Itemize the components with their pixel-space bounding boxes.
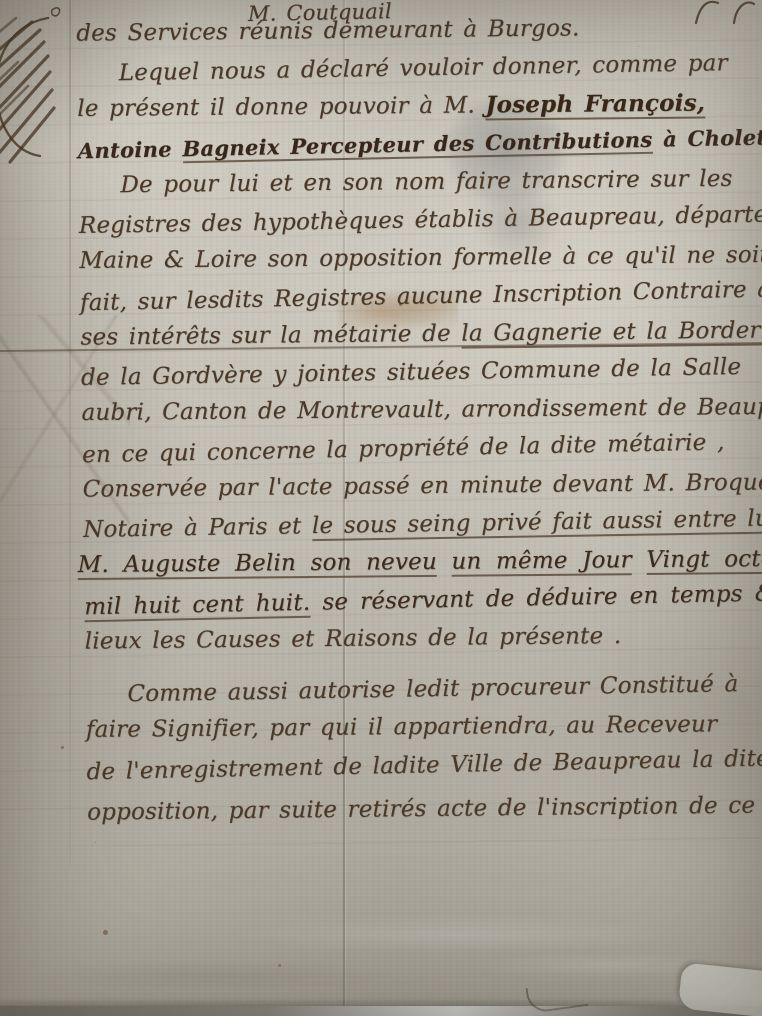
manuscript-phrase: de la Gordvère y jointes situées Commune… [81, 354, 742, 391]
manuscript-phrase: des Services réunis demeurant à Burgos. [76, 15, 580, 46]
manuscript-phrase: en ce qui concerne la propriété de la di… [82, 429, 725, 468]
manuscript-phrase [437, 549, 452, 575]
manuscript-phrase [632, 547, 647, 573]
manuscript-phrase: Conservée par l'acte passé en minute dev… [82, 469, 762, 502]
ink-flourish [0, 4, 66, 172]
manuscript-phrase: Maine & Loire son opposition formelle à … [79, 242, 762, 274]
manuscript-phrase: mil huit cent huit. [84, 590, 311, 623]
manuscript-phrase: Registres des hypothèques établis à Beau… [79, 200, 762, 239]
manuscript-phrase: se réservant de déduire en temps & [310, 580, 762, 615]
manuscript-phrase: le sous seing privé fait aussi entre lui… [312, 505, 762, 541]
manuscript-phrase: M. Auguste Belin son neveu [78, 549, 437, 580]
manuscript-phrase: lieux les Causes et Raisons de la présen… [85, 623, 622, 655]
manuscript-phrase: Lequel nous a déclaré vouloir donner, co… [119, 50, 728, 86]
manuscript-phrase: opposition, par suite retirés acte de l'… [87, 793, 755, 826]
margin-line [69, 0, 71, 866]
manuscript-phrase: la Gagnerie et la Borderie [461, 317, 762, 348]
manuscript-phrase: fait, sur lesdits Registres aucune Inscr… [80, 276, 762, 316]
manuscript-phrase: Notaire à Paris et [83, 513, 312, 543]
table-edge-strip [0, 1006, 762, 1016]
manuscript-phrase: un même Jour [451, 547, 632, 577]
corner-damage [678, 962, 762, 1016]
manuscript-phrase: à Cholet [652, 124, 762, 151]
manuscript-phrase: le présent il donne pouvoir à M. [77, 92, 485, 122]
manuscript-phrase: Bagneix Percepteur des Contributions [182, 127, 653, 163]
manuscript-text: M. Coutquaildes Services réunis demeuran… [76, 5, 762, 833]
manuscript-phrase: Vingt octobre [646, 546, 762, 575]
manuscript-phrase: de l'enregistrement de ladite Ville de B… [86, 746, 762, 786]
manuscript-phrase: Joseph François, [485, 90, 705, 121]
manuscript-photo: M. Coutquaildes Services réunis demeuran… [0, 0, 762, 1016]
manuscript-phrase: Antoine [78, 136, 183, 163]
manuscript-phrase: aubri, Canton de Montrevault, arrondisse… [81, 393, 762, 425]
manuscript-phrase: De pour lui et en son nom faire transcri… [120, 166, 732, 198]
foxing-spots [103, 930, 108, 935]
manuscript-phrase: faire Signifier, par qui il appartiendra… [86, 711, 717, 743]
manuscript-phrase: ses intérêts sur la métairie de [80, 321, 461, 351]
manuscript-phrase: Comme aussi autorise ledit procureur Con… [127, 671, 738, 707]
manuscript-line: lieux les Causes et Raisons de la présen… [85, 615, 762, 661]
manuscript-line: opposition, par suite retirés acte de l'… [87, 786, 762, 832]
